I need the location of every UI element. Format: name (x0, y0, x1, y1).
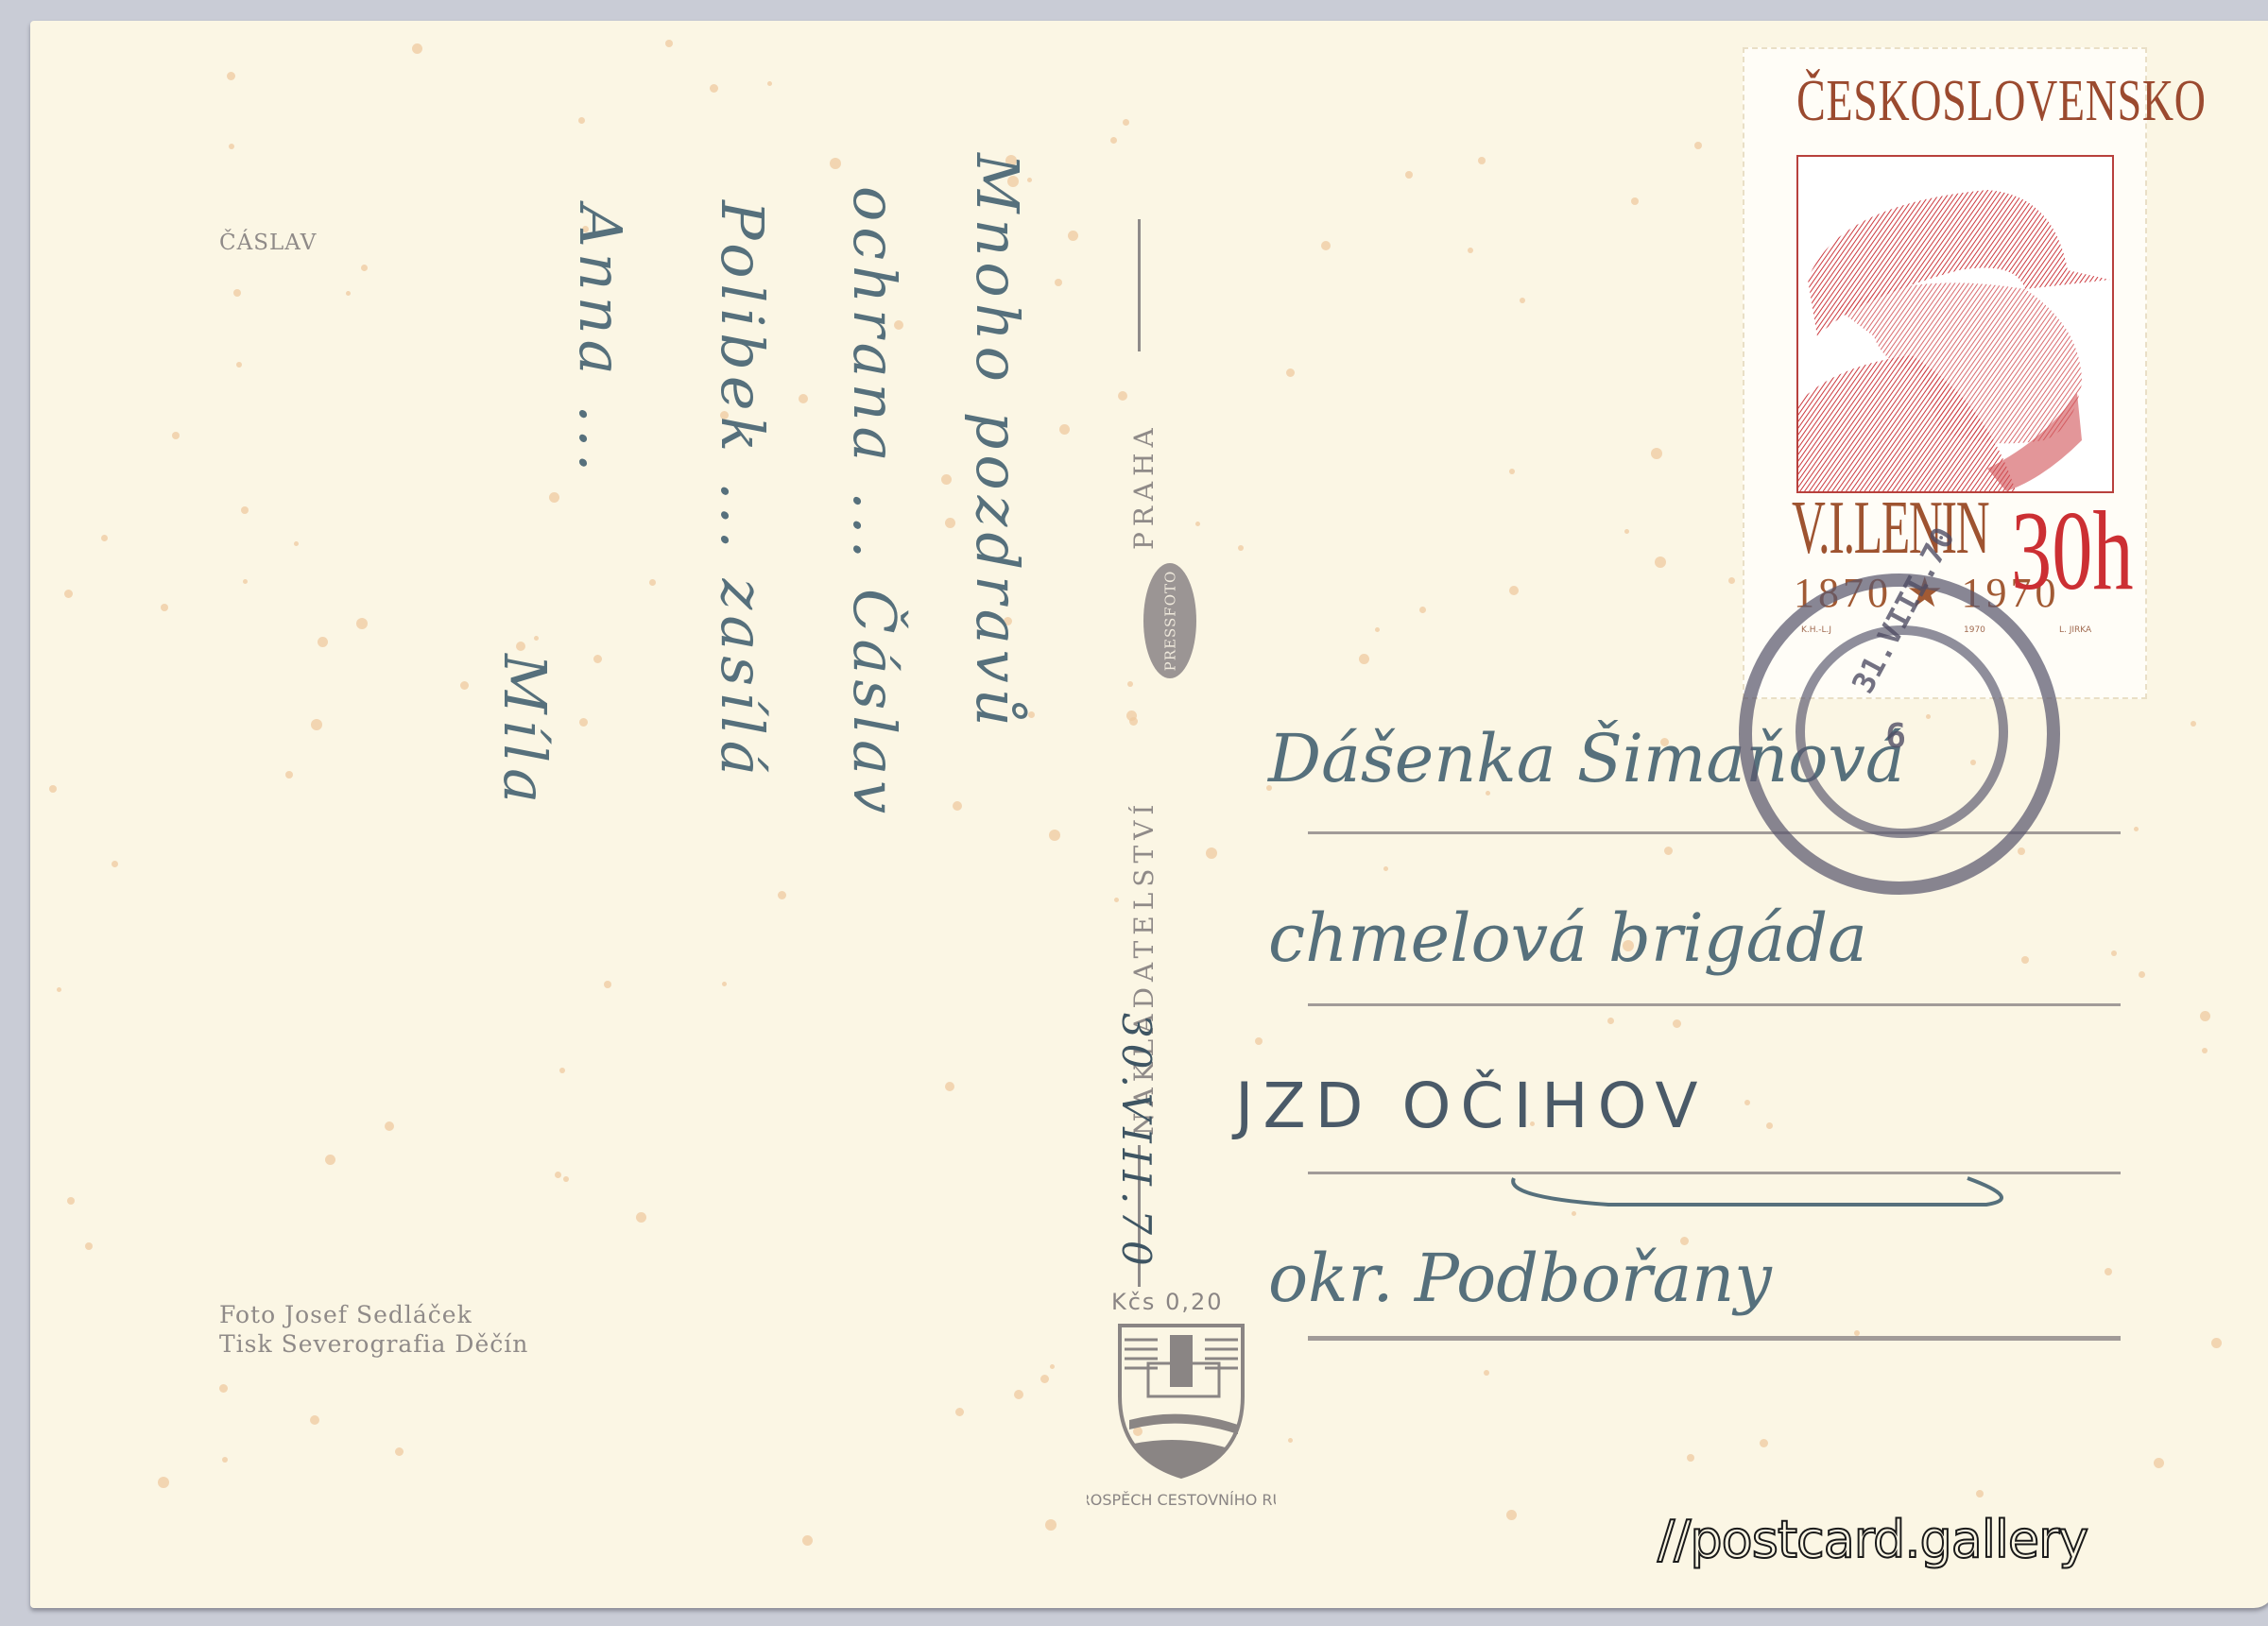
tourism-fee-stamp: Kčs 0,20 VE PROSPĚCH CESTOVNÍHO RUCHU (1087, 1283, 1276, 1519)
foxing-spot (1520, 298, 1525, 303)
underline-stroke (1495, 1169, 2024, 1225)
foxing-spot (310, 1415, 319, 1425)
foxing-spot (1050, 1364, 1055, 1369)
foxing-spot (1055, 279, 1062, 286)
foxing-spot (2134, 827, 2139, 831)
foxing-spot (1509, 469, 1515, 474)
foxing-spot (158, 1477, 169, 1488)
foxing-spot (1288, 1438, 1293, 1443)
recipient-line-4: okr. Podbořany (1268, 1240, 1772, 1317)
foxing-spot (1123, 119, 1129, 126)
foxing-spot (579, 718, 588, 727)
foxing-spot (57, 987, 61, 992)
foxing-spot (1468, 248, 1473, 253)
pressfoto-logo: PRESSFOTO (1143, 563, 1196, 678)
foxing-spot (172, 432, 180, 439)
foxing-spot (1118, 391, 1127, 401)
foxing-spot (1206, 847, 1217, 859)
foxing-spot (243, 579, 248, 584)
foxing-spot (219, 1384, 228, 1393)
foxing-spot (1651, 448, 1662, 459)
foxing-spot (1419, 607, 1426, 613)
foxing-spot (559, 1068, 565, 1073)
message-line-4: Anna ... (566, 205, 635, 477)
photo-credit: Foto Josef Sedláček (219, 1300, 528, 1329)
foxing-spot (1664, 847, 1673, 855)
foxing-spot (2139, 971, 2145, 978)
foxing-spot (1127, 681, 1133, 687)
foxing-spot (2105, 1268, 2112, 1275)
foxing-spot (767, 81, 772, 86)
foxing-spot (1114, 898, 1119, 902)
foxing-spot (1976, 1490, 1984, 1498)
foxing-spot (460, 681, 469, 690)
foxing-spot (710, 84, 718, 93)
foxing-spot (555, 1172, 561, 1178)
foxing-spot (85, 1242, 93, 1250)
publisher-city: PRAHA (1128, 422, 1160, 550)
foxing-spot (49, 785, 57, 793)
foxing-spot (67, 1197, 75, 1205)
foxing-spot (1040, 1375, 1049, 1383)
foxing-spot (1673, 1019, 1681, 1028)
foxing-spot (1129, 717, 1138, 726)
foxing-spot (1110, 137, 1117, 144)
foxing-spot (2191, 721, 2196, 727)
foxing-spot (1728, 577, 1735, 584)
foxing-spot (241, 506, 249, 514)
printing-credits: Foto Josef Sedláček Tisk Severografia Dě… (219, 1300, 528, 1359)
foxing-spot (1068, 231, 1078, 241)
foxing-spot (1383, 866, 1388, 871)
foxing-spot (534, 636, 539, 641)
foxing-spot (1506, 1510, 1517, 1520)
foxing-spot (1059, 424, 1070, 435)
foxing-spot (802, 1535, 813, 1546)
foxing-spot (1631, 197, 1639, 205)
foxing-spot (233, 289, 241, 297)
stamp-subject: V.I.LENIN (1792, 486, 1988, 572)
stamp-portrait (1796, 155, 2114, 493)
foxing-spot (1049, 830, 1060, 841)
foxing-spot (1766, 1122, 1773, 1129)
foxing-spot (1760, 1439, 1768, 1447)
foxing-spot (722, 982, 727, 986)
foxing-spot (2154, 1458, 2164, 1468)
foxing-spot (2018, 847, 2025, 855)
foxing-spot (2200, 1011, 2210, 1021)
foxing-spot (64, 590, 73, 598)
foxing-spot (1238, 545, 1244, 551)
foxing-spot (1744, 1100, 1750, 1105)
foxing-spot (549, 492, 559, 503)
foxing-spot (294, 541, 299, 546)
foxing-spot (649, 579, 656, 586)
foxing-spot (830, 158, 841, 169)
message-line-2: ochrana ... Čáslav (840, 186, 909, 819)
foxing-spot (578, 117, 585, 124)
foxing-spot (161, 604, 168, 611)
recipient-line-3: JZD OČIHOV (1235, 1070, 1708, 1142)
recipient-line-2: chmelová brigáda (1268, 899, 1867, 977)
message-line-3: Polibek ... zasílá (708, 200, 777, 781)
foxing-spot (2211, 1338, 2222, 1348)
address-line-4 (1308, 1336, 2121, 1341)
print-credit: Tisk Severografia Děčín (219, 1329, 528, 1359)
foxing-spot (2111, 950, 2117, 956)
foxing-spot (1359, 654, 1369, 664)
foxing-spot (945, 1082, 954, 1091)
foxing-spot (1405, 171, 1413, 179)
foxing-spot (222, 1457, 228, 1463)
foxing-spot (236, 362, 242, 368)
foxing-spot (356, 618, 368, 629)
place-name: ČÁSLAV (219, 231, 317, 255)
foxing-spot (955, 1408, 964, 1416)
foxing-spot (361, 265, 368, 271)
foxing-spot (1478, 157, 1486, 164)
lenin-portrait-icon (1798, 157, 2112, 491)
foxing-spot (1694, 142, 1702, 149)
svg-text:VE PROSPĚCH CESTOVNÍHO RUCHU: VE PROSPĚCH CESTOVNÍHO RUCHU (1087, 1491, 1276, 1509)
foxing-spot (227, 72, 235, 80)
foxing-spot (1484, 1370, 1489, 1376)
foxing-spot (325, 1155, 335, 1165)
foxing-spot (1375, 627, 1380, 632)
stamp-country: ČESKOSLOVENSKO (1796, 68, 2093, 135)
foxing-spot (1321, 241, 1331, 250)
foxing-spot (412, 43, 422, 54)
foxing-spot (1014, 1390, 1023, 1399)
foxing-spot (636, 1212, 646, 1223)
stamp-engraver-right: L. JIRKA (2059, 625, 2091, 635)
address-line-2 (1308, 1003, 2121, 1006)
watermark: //postcard.gallery (1658, 1510, 2088, 1569)
foxing-spot (516, 642, 525, 651)
foxing-spot (665, 40, 673, 47)
foxing-spot (604, 981, 611, 988)
foxing-spot (1624, 529, 1629, 534)
divider-line-top (1138, 219, 1141, 351)
foxing-spot (311, 719, 322, 730)
message-date: 30.VIII.70 (1113, 1013, 1160, 1272)
foxing-spot (593, 655, 602, 663)
foxing-spot (1195, 522, 1200, 526)
foxing-spot (945, 518, 955, 528)
signature: Míla (490, 654, 559, 809)
foxing-spot (229, 144, 234, 149)
foxing-spot (1687, 1454, 1694, 1462)
foxing-spot (563, 1176, 569, 1182)
foxing-spot (1509, 586, 1519, 595)
foxing-spot (953, 801, 962, 811)
foxing-spot (1045, 1519, 1057, 1531)
castle-emblem-icon: VE PROSPĚCH CESTOVNÍHO RUCHU (1087, 1283, 1276, 1519)
foxing-spot (799, 394, 808, 403)
foxing-spot (2202, 1048, 2208, 1053)
foxing-spot (941, 474, 952, 485)
foxing-spot (1655, 556, 1666, 568)
foxing-spot (1607, 1018, 1614, 1024)
foxing-spot (2021, 956, 2029, 964)
foxing-spot (1286, 368, 1295, 377)
message-line-1: Mnoho pozdravů (963, 153, 1032, 732)
postcard: ČÁSLAV Foto Josef Sedláček Tisk Severogr… (30, 21, 2268, 1608)
foxing-spot (778, 891, 786, 899)
foxing-spot (385, 1121, 394, 1131)
stamp-denomination: 30h (2011, 486, 2134, 616)
foxing-spot (1255, 1037, 1263, 1045)
foxing-spot (112, 861, 118, 867)
foxing-spot (346, 291, 351, 296)
foxing-spot (285, 771, 293, 779)
foxing-spot (101, 535, 108, 541)
foxing-spot (318, 637, 328, 647)
postmark-number: 9 (1885, 714, 1906, 753)
foxing-spot (395, 1447, 404, 1456)
